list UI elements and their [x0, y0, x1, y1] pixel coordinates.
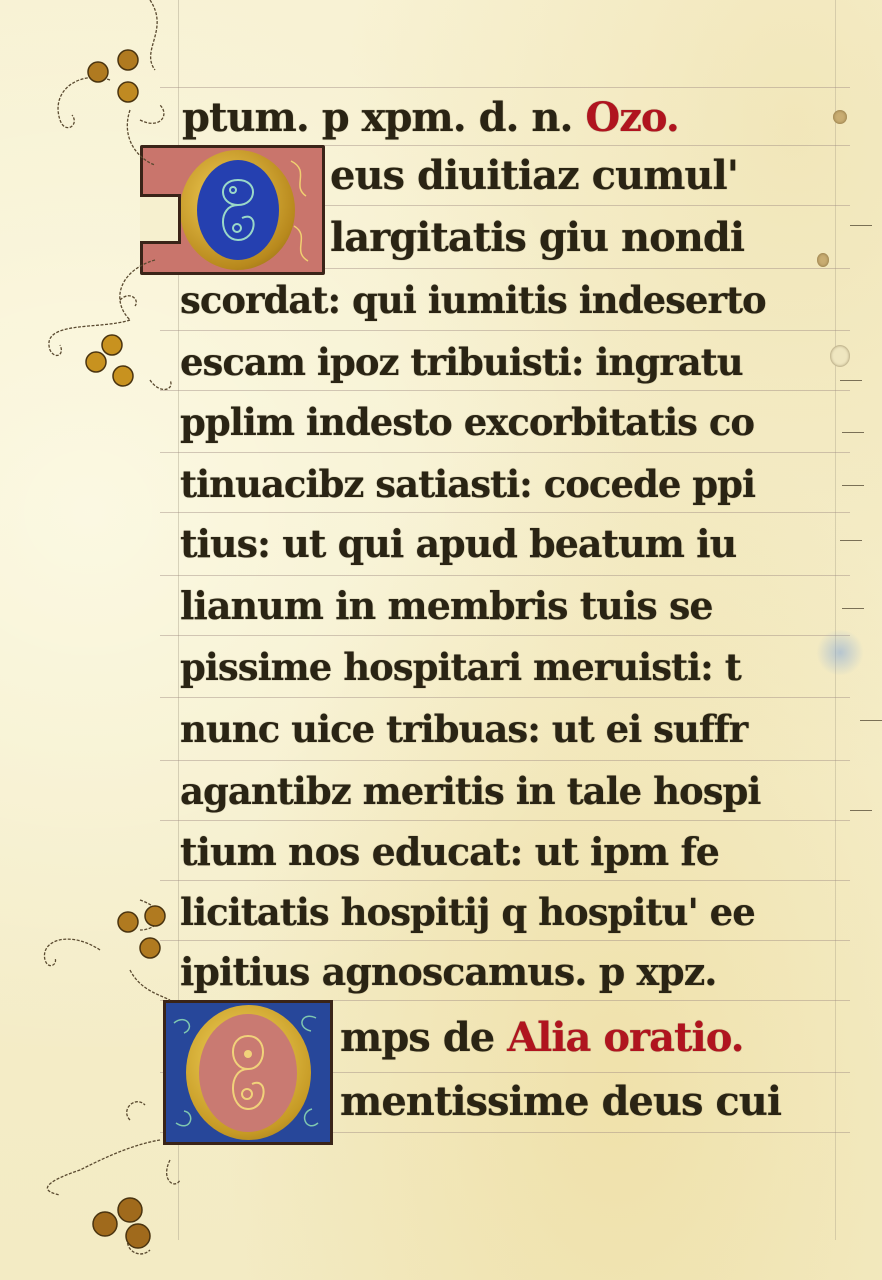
text-line-3: largitatis giu nondi [330, 212, 744, 264]
prick-mark [840, 540, 862, 541]
line-text: mentissime deus cui [340, 1078, 781, 1125]
line-text: ipitius agnoscamus. p xpz. [180, 949, 717, 994]
line-text: agantibz meritis in tale hospi [180, 769, 760, 813]
line-text: ptum. p xpm. d. n. [182, 94, 585, 141]
text-line-7: tinuacibz satiasti: cocede ppi [180, 458, 755, 510]
text-line-2: eus diuitiaz cumul' [330, 150, 738, 202]
text-line-10: pissime hospitari meruisti: t [180, 641, 741, 693]
text-line-5: escam ipoz tribuisti: ingratu [180, 336, 743, 388]
ruling-line [160, 697, 850, 698]
text-line-11: nunc uice tribuas: ut ei suffr [180, 703, 747, 755]
prick-mark [850, 225, 872, 226]
prick-mark [850, 810, 872, 811]
text-line-16: mps de Alia oratio. [340, 1012, 744, 1064]
right-margin-rule [835, 0, 836, 1240]
prick-mark [840, 380, 862, 381]
line-text: lianum in membris tuis se [180, 583, 713, 628]
rubric-heading: Alia oratio. [507, 1014, 744, 1061]
ruling-line [160, 452, 850, 453]
ruling-line [160, 330, 850, 331]
ruling-line [160, 390, 850, 391]
text-line-1: ptum. p xpm. d. n. Ozo. [182, 92, 679, 144]
ruling-line [160, 635, 850, 636]
line-text: mps de [340, 1014, 507, 1061]
line-text: escam ipoz tribuisti: ingratu [180, 340, 743, 384]
blue-stain [815, 630, 865, 675]
pinhole [830, 345, 850, 367]
text-line-6: pplim indesto excorbitatis co [180, 396, 754, 448]
line-text: tinuacibz satiasti: cocede ppi [180, 462, 755, 506]
ruling-line [160, 820, 850, 821]
ruling-line [160, 512, 850, 513]
text-line-13: tium nos educat: ut ipm fe [180, 826, 719, 878]
text-line-15: ipitius agnoscamus. p xpz. [180, 946, 717, 998]
ruling-line [160, 575, 850, 576]
text-line-8: tius: ut qui apud beatum iu [180, 518, 736, 570]
green-filigree-icon [166, 1003, 330, 1142]
gold-filigree-icon [286, 156, 316, 266]
rubric-heading: Ozo. [585, 94, 678, 141]
pen-flourish-top-icon [20, 0, 190, 440]
ruling-line [160, 880, 850, 881]
prick-mark [842, 485, 864, 486]
prick-mark [842, 432, 864, 433]
line-text: pissime hospitari meruisti: t [180, 645, 741, 689]
blue-bowl-filigree-icon [197, 160, 279, 260]
gold-letter-d [180, 150, 295, 270]
ruling-line [160, 760, 850, 761]
ruling-line [160, 940, 850, 941]
text-line-17: mentissime deus cui [340, 1076, 781, 1128]
line-text: tius: ut qui apud beatum iu [180, 521, 736, 566]
line-text: nunc uice tribuas: ut ei suffr [180, 707, 747, 751]
pinhole [833, 110, 847, 124]
text-line-4: scordat: qui iumitis indeserto [180, 274, 766, 326]
line-text: eus diuitiaz cumul' [330, 152, 738, 199]
ruling-line [160, 87, 850, 88]
line-text: tium nos educat: ut ipm fe [180, 829, 719, 874]
prick-mark [842, 608, 864, 609]
text-line-12: agantibz meritis in tale hospi [180, 765, 760, 817]
pinhole [817, 253, 829, 267]
line-text: licitatis hospitij q hospitu' ee [180, 890, 755, 934]
prick-mark [860, 720, 882, 721]
line-text: scordat: qui iumitis indeserto [180, 278, 766, 322]
text-line-9: lianum in membris tuis se [180, 580, 713, 632]
manuscript-page: ptum. p xpm. d. n. Ozo. eus diuitiaz cum… [0, 0, 882, 1280]
text-line-14: licitatis hospitij q hospitu' ee [180, 886, 755, 938]
line-text: largitatis giu nondi [330, 214, 744, 261]
line-text: pplim indesto excorbitatis co [180, 400, 754, 444]
pen-flourish-bottom-icon [20, 890, 190, 1280]
